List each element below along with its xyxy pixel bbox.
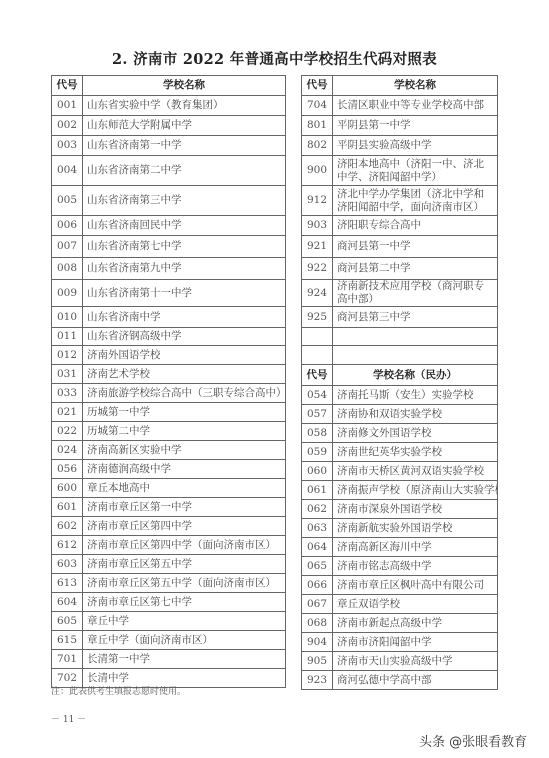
- school-code: 615: [52, 631, 83, 650]
- school-name: 济南新技术应用学校（商河职专高中部）: [333, 280, 498, 307]
- school-code: 006: [52, 216, 83, 236]
- school-code: 903: [302, 216, 333, 236]
- school-code: 603: [52, 555, 83, 574]
- school-name: 平阴县实验高级中学: [333, 136, 498, 156]
- school-name: 济南市天山实验高级中学: [333, 652, 498, 671]
- school-code: 056: [52, 460, 83, 479]
- school-name: 济南市济阳闻韶中学: [333, 633, 498, 652]
- school-name: 山东省实验中学（教育集团）: [83, 96, 286, 116]
- school-code: 925: [302, 307, 333, 328]
- school-name: 济南高新区实验中学: [83, 441, 286, 460]
- school-code: 921: [302, 236, 333, 258]
- table-row: 011山东省济钢高级中学: [52, 328, 286, 346]
- table-row: 065济南市铭志高级中学: [302, 557, 498, 576]
- table-row: 922商河县第二中学: [302, 258, 498, 280]
- school-name: 济南市章丘区第四中学（面向济南市区）: [83, 536, 286, 555]
- school-name: 济南新航实验外国语学校: [333, 519, 498, 538]
- table-row: 921商河县第一中学: [302, 236, 498, 258]
- school-code: 924: [302, 280, 333, 307]
- school-name: 山东省济南第三中学: [83, 186, 286, 216]
- page-title: 2. 济南市 2022 年普通高中学校招生代码对照表: [0, 48, 549, 69]
- school-name: 济南市天桥区黄河双语实验学校: [333, 462, 498, 481]
- school-name: 济南市章丘区第七中学: [83, 593, 286, 612]
- school-name: 商河弘德中学高中部: [333, 671, 498, 690]
- school-name: 济南市铭志高级中学: [333, 557, 498, 576]
- table-row: 903济阳职专综合高中: [302, 216, 498, 236]
- table-row: 912济北中学办学集团（济北中学和济阳闻韶中学，面向济南市区）: [302, 186, 498, 216]
- table-row: 022历城第二中学: [52, 422, 286, 441]
- code-header: 代号: [302, 365, 333, 386]
- school-code: 904: [302, 633, 333, 652]
- school-name: 章丘中学（面向济南市区）: [83, 631, 286, 650]
- school-name: 长清区职业中等专业学校高中部: [333, 96, 498, 116]
- school-name: 济阳本地高中（济阳一中、济北中学、济阳闻韶中学）: [333, 156, 498, 186]
- school-code: 066: [302, 576, 333, 595]
- school-code: 063: [302, 519, 333, 538]
- school-code: 001: [52, 96, 83, 116]
- school-name: 山东省济南第十一中学: [83, 280, 286, 307]
- page-number: － 11 －: [51, 712, 86, 725]
- table-row: 024济南高新区实验中学: [52, 441, 286, 460]
- table-row: 007山东省济南第七中学: [52, 236, 286, 258]
- school-name: [333, 328, 498, 346]
- school-code: 062: [302, 500, 333, 519]
- school-name: 济南德润高级中学: [83, 460, 286, 479]
- school-name: 济北中学办学集团（济北中学和济阳闻韶中学，面向济南市区）: [333, 186, 498, 216]
- table-row: 009山东省济南第十一中学: [52, 280, 286, 307]
- right-school-code-table: 代号 学校名称 704长清区职业中等专业学校高中部801平阴县第一中学802平阴…: [301, 75, 498, 690]
- table-row: 924济南新技术应用学校（商河职专高中部）: [302, 280, 498, 307]
- table-row: 058济南修文外国语学校: [302, 424, 498, 443]
- school-name: 济南旅游学校综合高中（三职专综合高中）: [83, 384, 286, 403]
- school-name: 章丘双语学校: [333, 595, 498, 614]
- table-row: [302, 328, 498, 346]
- school-code: 033: [52, 384, 83, 403]
- school-code: 061: [302, 481, 333, 500]
- table-row: 003山东省济南第一中学: [52, 136, 286, 156]
- table-row: 063济南新航实验外国语学校: [302, 519, 498, 538]
- name-header: 学校名称: [333, 76, 498, 96]
- school-code: 600: [52, 479, 83, 498]
- school-name: 济南市章丘区枫叶高中有限公司: [333, 576, 498, 595]
- private-schools-header: 代号学校名称（民办）: [302, 365, 498, 386]
- table-row: 904济南市济阳闻韶中学: [302, 633, 498, 652]
- table-row: 008山东省济南第九中学: [52, 258, 286, 280]
- name-header: 学校名称: [83, 76, 286, 96]
- school-code: 604: [52, 593, 83, 612]
- school-code: 900: [302, 156, 333, 186]
- code-header: 代号: [52, 76, 83, 96]
- table-row: 057济南协和双语实验学校: [302, 405, 498, 424]
- school-name: 山东省济南第二中学: [83, 156, 286, 186]
- school-name: 山东省济南第七中学: [83, 236, 286, 258]
- school-name: 济南外国语学校: [83, 346, 286, 365]
- table-row: 704长清区职业中等专业学校高中部: [302, 96, 498, 116]
- school-code: 058: [302, 424, 333, 443]
- school-name: 济南市深泉外国语学校: [333, 500, 498, 519]
- school-name: 济南市章丘区第五中学: [83, 555, 286, 574]
- table-row: 602济南市章丘区第四中学: [52, 517, 286, 536]
- table-row: 905济南市天山实验高级中学: [302, 652, 498, 671]
- table-row: 900济阳本地高中（济阳一中、济北中学、济阳闻韶中学）: [302, 156, 498, 186]
- table-row: 701长清第一中学: [52, 650, 286, 669]
- school-code: 031: [52, 365, 83, 384]
- table-row: 066济南市章丘区枫叶高中有限公司: [302, 576, 498, 595]
- table-row: 054济南托马斯（安生）实验学校: [302, 386, 498, 405]
- school-code: 064: [302, 538, 333, 557]
- school-name: 山东省济钢高级中学: [83, 328, 286, 346]
- school-name: 济南协和双语实验学校: [333, 405, 498, 424]
- table-row: 600章丘本地高中: [52, 479, 286, 498]
- table-row: 005山东省济南第三中学: [52, 186, 286, 216]
- table-row: 925商河县第三中学: [302, 307, 498, 328]
- school-code: 068: [302, 614, 333, 633]
- table-row: 068济南市新起点高级中学: [302, 614, 498, 633]
- school-name: 平阴县第一中学: [333, 116, 498, 136]
- school-name: 商河县第二中学: [333, 258, 498, 280]
- school-code: 022: [52, 422, 83, 441]
- school-code: 008: [52, 258, 83, 280]
- table-row: 060济南市天桥区黄河双语实验学校: [302, 462, 498, 481]
- school-code: 602: [52, 517, 83, 536]
- school-name: 山东省济南第一中学: [83, 136, 286, 156]
- school-name: 济南市新起点高级中学: [333, 614, 498, 633]
- table-row: 002山东师范大学附属中学: [52, 116, 286, 136]
- table-row: 605章丘中学: [52, 612, 286, 631]
- school-name: 章丘本地高中: [83, 479, 286, 498]
- school-name: 济南市章丘区第四中学: [83, 517, 286, 536]
- school-code: 704: [302, 96, 333, 116]
- school-name: 商河县第一中学: [333, 236, 498, 258]
- school-name: 济南高新区海川中学: [333, 538, 498, 557]
- table-row: 059济南世纪英华实验学校: [302, 443, 498, 462]
- table-row: 612济南市章丘区第四中学（面向济南市区）: [52, 536, 286, 555]
- table-row: 603济南市章丘区第五中学: [52, 555, 286, 574]
- table-row: 062济南市深泉外国语学校: [302, 500, 498, 519]
- table-row: 923商河弘德中学高中部: [302, 671, 498, 690]
- school-code: 801: [302, 116, 333, 136]
- school-code: 905: [302, 652, 333, 671]
- school-code: 003: [52, 136, 83, 156]
- school-code: 923: [302, 671, 333, 690]
- table-row: 064济南高新区海川中学: [302, 538, 498, 557]
- school-name: 历城第一中学: [83, 403, 286, 422]
- school-name: 山东省济南中学: [83, 307, 286, 328]
- school-name: 山东省济南第九中学: [83, 258, 286, 280]
- school-code: 024: [52, 441, 83, 460]
- table-row: 801平阴县第一中学: [302, 116, 498, 136]
- school-name: 济南市章丘区第一中学: [83, 498, 286, 517]
- table-row: 061济南振声学校（原济南山大实验学校）: [302, 481, 498, 500]
- school-code: 802: [302, 136, 333, 156]
- table-row: 010山东省济南中学: [52, 307, 286, 328]
- school-code: 912: [302, 186, 333, 216]
- table-row: 033济南旅游学校综合高中（三职专综合高中）: [52, 384, 286, 403]
- school-name: 长清第一中学: [83, 650, 286, 669]
- school-code: 054: [302, 386, 333, 405]
- school-code: 007: [52, 236, 83, 258]
- left-school-code-table: 代号 学校名称 001山东省实验中学（教育集团）002山东师范大学附属中学003…: [51, 75, 286, 688]
- school-code: 613: [52, 574, 83, 593]
- school-name: 章丘中学: [83, 612, 286, 631]
- table-row: 021历城第一中学: [52, 403, 286, 422]
- code-header: 代号: [302, 76, 333, 96]
- school-code: 065: [302, 557, 333, 576]
- school-code: [302, 346, 333, 365]
- name-header: 学校名称（民办）: [333, 365, 498, 386]
- school-name: 商河县第三中学: [333, 307, 498, 328]
- school-code: 922: [302, 258, 333, 280]
- table-row: 613济南市章丘区第五中学（面向济南市区）: [52, 574, 286, 593]
- school-name: [333, 346, 498, 365]
- school-code: 005: [52, 186, 83, 216]
- left-table-header: 代号 学校名称: [52, 76, 286, 96]
- school-code: 067: [302, 595, 333, 614]
- table-row: 601济南市章丘区第一中学: [52, 498, 286, 517]
- school-name: 山东师范大学附属中学: [83, 116, 286, 136]
- school-code: [302, 328, 333, 346]
- table-note: 注：此表供考生填报志愿时使用。: [51, 684, 186, 697]
- table-row: 006山东省济南回民中学: [52, 216, 286, 236]
- school-code: 605: [52, 612, 83, 631]
- school-code: 021: [52, 403, 83, 422]
- school-name: 济阳职专综合高中: [333, 216, 498, 236]
- school-name: 济南修文外国语学校: [333, 424, 498, 443]
- school-code: 060: [302, 462, 333, 481]
- table-row: 001山东省实验中学（教育集团）: [52, 96, 286, 116]
- table-row: [302, 346, 498, 365]
- school-code: 701: [52, 650, 83, 669]
- school-name: 济南艺术学校: [83, 365, 286, 384]
- school-code: 009: [52, 280, 83, 307]
- table-row: 802平阴县实验高级中学: [302, 136, 498, 156]
- school-name: 济南世纪英华实验学校: [333, 443, 498, 462]
- table-row: 012济南外国语学校: [52, 346, 286, 365]
- table-row: 056济南德润高级中学: [52, 460, 286, 479]
- school-code: 059: [302, 443, 333, 462]
- table-row: 067章丘双语学校: [302, 595, 498, 614]
- table-row: 004山东省济南第二中学: [52, 156, 286, 186]
- school-name: 济南托马斯（安生）实验学校: [333, 386, 498, 405]
- school-code: 010: [52, 307, 83, 328]
- watermark: 头条 @张眼看教育: [419, 731, 527, 750]
- school-code: 002: [52, 116, 83, 136]
- school-code: 012: [52, 346, 83, 365]
- table-row: 031济南艺术学校: [52, 365, 286, 384]
- school-code: 057: [302, 405, 333, 424]
- school-name: 济南市章丘区第五中学（面向济南市区）: [83, 574, 286, 593]
- school-code: 011: [52, 328, 83, 346]
- school-name: 山东省济南回民中学: [83, 216, 286, 236]
- right-table-header: 代号 学校名称: [302, 76, 498, 96]
- school-code: 612: [52, 536, 83, 555]
- school-name: 济南振声学校（原济南山大实验学校）: [333, 481, 498, 500]
- table-row: 604济南市章丘区第七中学: [52, 593, 286, 612]
- school-code: 004: [52, 156, 83, 186]
- school-name: 历城第二中学: [83, 422, 286, 441]
- table-row: 615章丘中学（面向济南市区）: [52, 631, 286, 650]
- school-code: 601: [52, 498, 83, 517]
